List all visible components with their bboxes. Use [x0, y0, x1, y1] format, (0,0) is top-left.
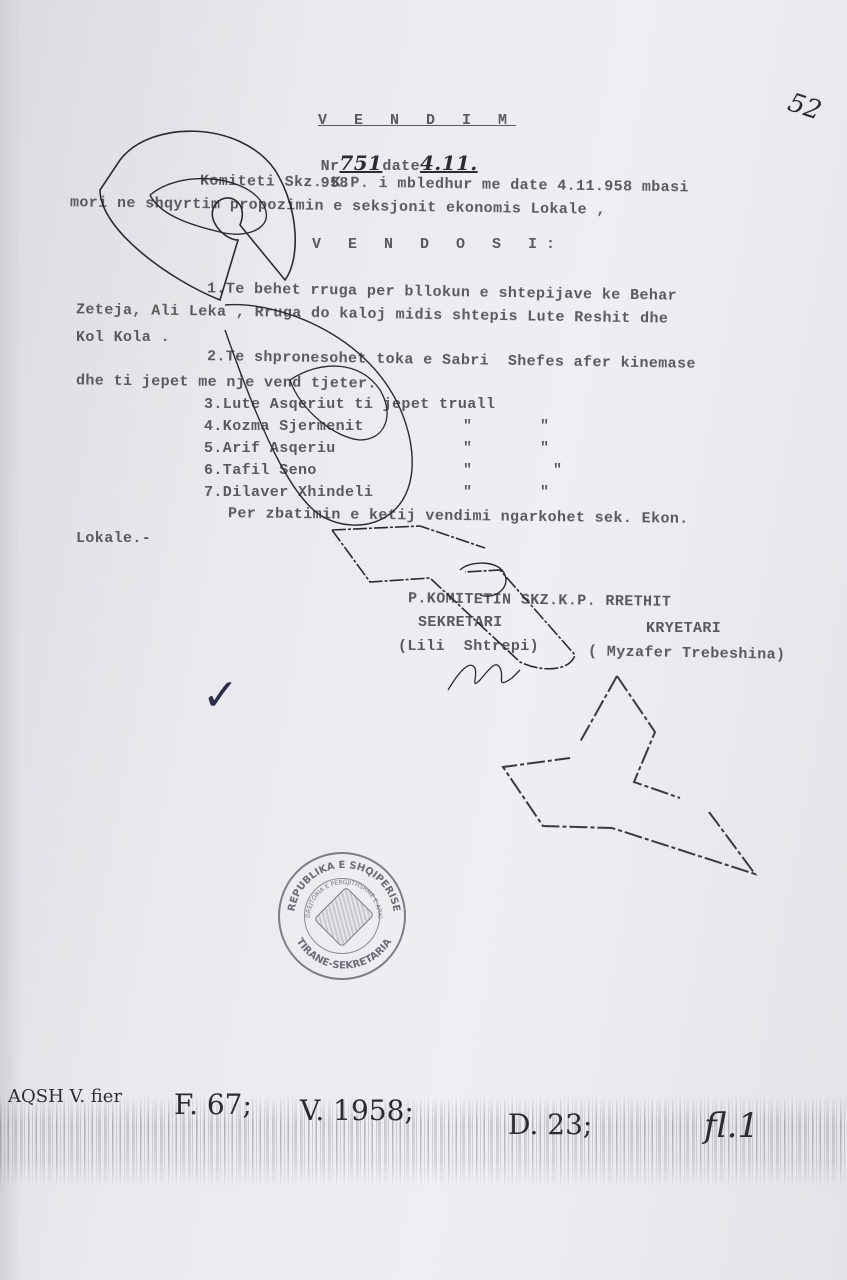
ditto-mark: " — [463, 440, 472, 457]
archive-ref-year: V. 1958; — [300, 1094, 414, 1127]
stamp-text-ring: REPUBLIKA E SHQIPERISE TIRANE-SEKRETARIA… — [280, 854, 408, 982]
archive-ref-dossier: D. 23; — [508, 1108, 592, 1141]
signature-left-role: SEKRETARI — [418, 614, 503, 631]
traced-outline-shape-1 — [100, 131, 295, 300]
implementation-line-2: Lokale.- — [76, 530, 151, 547]
implementation-line-1: Per zbatimin e ketij vendimi ngarkohet s… — [228, 505, 689, 528]
grant-item-6: 6.Tafil Seno — [204, 462, 317, 479]
scanned-document-page: 52 V E N D I M Nr751date4.11. 958 Komite… — [0, 0, 847, 1280]
grant-item-4: 4.Kozma Sjermenit — [204, 418, 364, 435]
archive-stamp: REPUBLIKA E SHQIPERISE TIRANE-SEKRETARIA… — [278, 852, 406, 980]
decision-date: 4.11. — [420, 151, 478, 175]
point-2-line-2: dhe ti jepet me nje vend tjeter. — [76, 372, 377, 392]
ditto-mark: " — [463, 484, 472, 501]
signature-right-name: ( Myzafer Trebeshina) — [588, 643, 786, 663]
point-1-line-1: 1.Te behet rruga per bllokun e shtepijav… — [207, 280, 677, 304]
handwritten-checkmark: ✓ — [202, 670, 239, 721]
ditto-mark: " — [540, 440, 549, 457]
number-prefix: Nr — [321, 158, 340, 175]
page-number-annotation: 52 — [784, 88, 825, 127]
svg-text:REPUBLIKA E SHQIPERISE: REPUBLIKA E SHQIPERISE — [286, 860, 401, 913]
point-1-line-2: Zeteja, Ali Leka , Rruga do kaloj midis … — [76, 301, 668, 327]
signature-right-role: KRYETARI — [646, 620, 721, 637]
archive-ref-fond: F. 67; — [174, 1088, 252, 1121]
signature-committee: P.KOMITETIN SKZ.K.P. RRETHIT — [408, 590, 671, 611]
grant-item-3: 3.Lute Asqeriut ti jepet truall — [204, 396, 495, 413]
svg-text:TIRANE-SEKRETARIA: TIRANE-SEKRETARIA — [294, 937, 394, 972]
ditto-mark: " — [463, 418, 472, 435]
intro-line-1: Komiteti Skz. K.P. i mbledhur me date 4.… — [200, 173, 689, 197]
ditto-mark: " — [553, 462, 562, 479]
point-2-line-1: 2.Te shpronesohet toka e Sabri Shefes af… — [207, 348, 696, 373]
date-label: date — [382, 158, 420, 175]
decision-heading: V E N D O S I: — [312, 236, 564, 253]
decision-number: 751 — [339, 151, 382, 175]
archive-ref-prefix: AQSH V. fier — [8, 1086, 122, 1107]
grant-item-7: 7.Dilaver Xhindeli — [204, 484, 373, 501]
ditto-mark: " — [540, 484, 549, 501]
signature-left-name: (Lili Shtrepi) — [398, 638, 539, 655]
document-title: V E N D I M — [318, 112, 516, 129]
ditto-mark: " — [540, 418, 549, 435]
point-1-line-3: Kol Kola . — [76, 329, 170, 346]
grant-item-5: 5.Arif Asqeriu — [204, 440, 336, 457]
ditto-mark: " — [463, 462, 472, 479]
archive-ref-sheet: fl.1 — [704, 1106, 759, 1146]
intro-line-2: mori ne shqyrtim propozimin e seksjonit … — [70, 194, 606, 218]
